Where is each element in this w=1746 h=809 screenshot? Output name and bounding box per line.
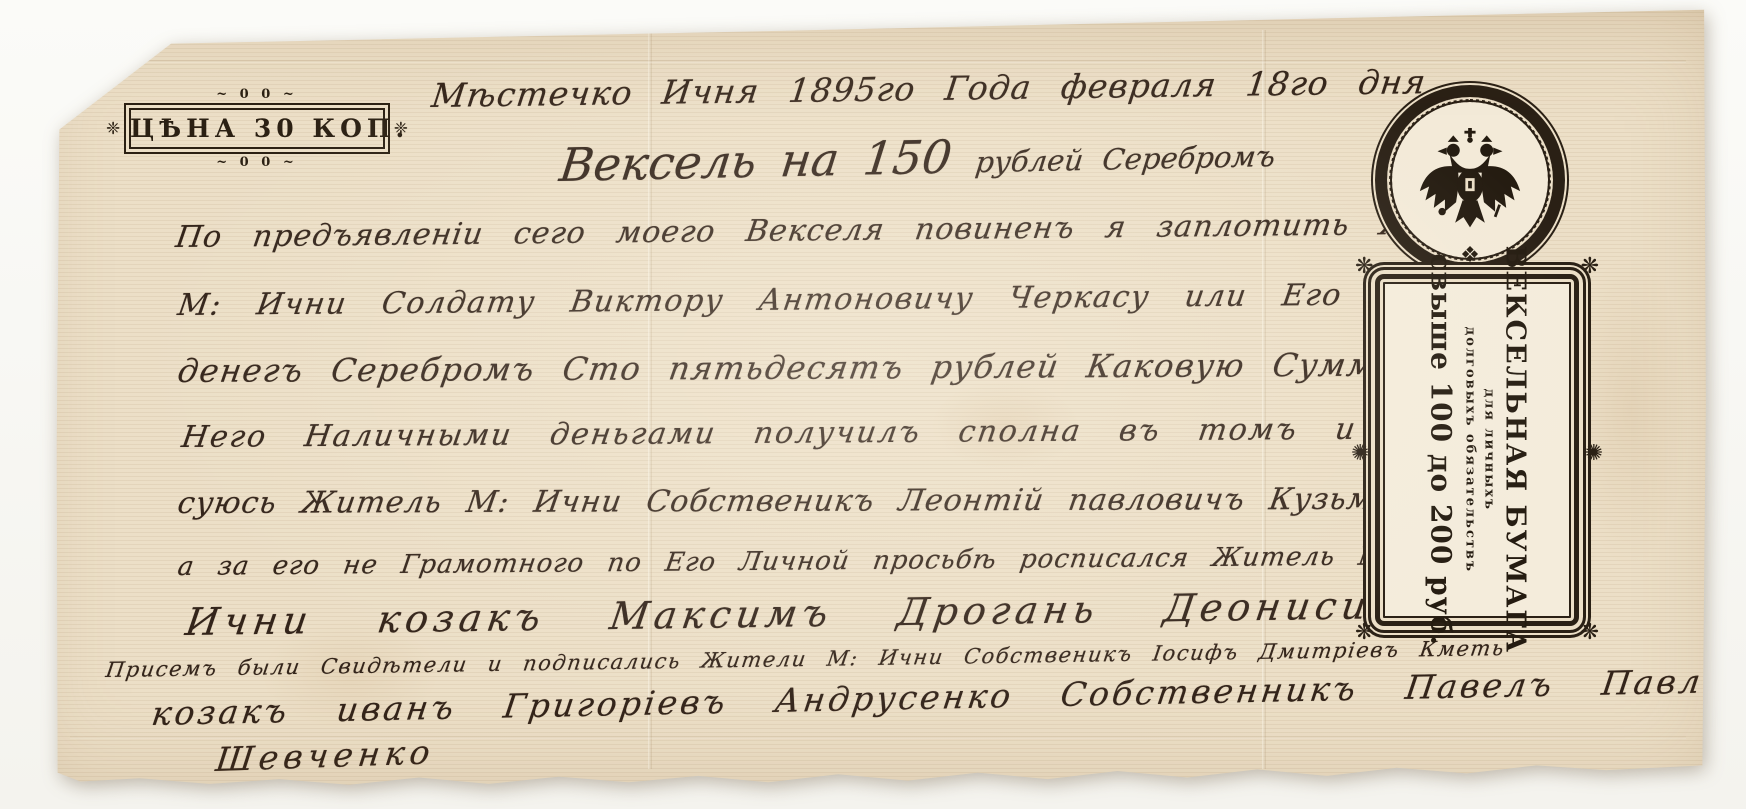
paper-shadow-wrap: ~ 0 0 ~ ЦѢНА 30 КОП. ~ 0 0 ~ Мѣстечко Ич… [0,0,1746,809]
stamp-connector-ornament: ❖ [1460,243,1480,268]
flourish-icon: ❋ [1581,256,1599,278]
stamp-text-area: ВЕКСЕЛЬНАЯ БУМАГА для личныхъ долговыхъ … [1371,270,1583,630]
medallion-braided-ring [1389,99,1551,261]
dateline: Мѣстечко Ичня 1895го Года февраля 18го д… [430,62,1429,115]
bill-title-tail: рублей Серебромъ [974,139,1278,179]
bill-title-main: Вексель на 150 [557,130,955,192]
price-stamp-frame: ЦѢНА 30 КОП. [124,103,390,154]
stamp-rotated-text: ВЕКСЕЛЬНАЯ БУМАГА для личныхъ долговыхъ … [1424,278,1530,623]
bill-title: Вексель на 150 рублей Серебромъ [557,123,1279,192]
signature-shevchenko: Шевченко [214,732,438,779]
body-line-7: Ични козакъ Максимъ Дрогань Деонисиевичъ [183,581,1518,644]
price-stamp-bottom-ornament: ~ 0 0 ~ [118,156,396,169]
flourish-icon: ❋ [1581,622,1599,644]
price-stamp-top-ornament: ~ 0 0 ~ [118,88,396,101]
body-line-2: М: Ични Солдату Виктору Антоновичу Черка… [175,276,1517,323]
scroll-ornament-icon: ✺ [1585,443,1603,465]
promissory-note-paper: ~ 0 0 ~ ЦѢНА 30 КОП. ~ 0 0 ~ Мѣстечко Ич… [0,0,1746,809]
body-line-6: а за его не Грамотного по Его Личной про… [176,541,1398,582]
horizontal-fold-crease [70,60,1686,63]
body-line-5: суюсь Житель М: Ични Собственикъ Леонтій… [175,482,1453,521]
scanned-document-page: ~ 0 0 ~ ЦѢНА 30 КОП. ~ 0 0 ~ Мѣстечко Ич… [0,0,1746,809]
body-line-4: Него Наличными деньгами получилъ сполна … [179,411,1502,455]
stamp-value: свыше 100 до 200 руб. [1424,254,1457,647]
stamp-subtitle-1: для личныхъ [1480,389,1496,512]
stamp-title: ВЕКСЕЛЬНАЯ БУМАГА [1499,246,1530,654]
price-stamp-label: ЦѢНА 30 КОП. [130,114,384,143]
stamp-subtitle-2: долговыхъ обязательствъ [1460,327,1476,573]
revenue-stamp: ❖ ❋ ❋ ❋ ❋ ✺ ✺ ВЕКСЕЛЬНАЯ БУМАГА для личн… [1330,85,1610,630]
price-stamp: ~ 0 0 ~ ЦѢНА 30 КОП. ~ 0 0 ~ [118,88,396,169]
stamp-cartouche: ❋ ❋ ❋ ❋ ✺ ✺ ВЕКСЕЛЬНАЯ БУМАГА для личных… [1368,267,1586,633]
scroll-ornament-icon: ✺ [1351,443,1369,465]
